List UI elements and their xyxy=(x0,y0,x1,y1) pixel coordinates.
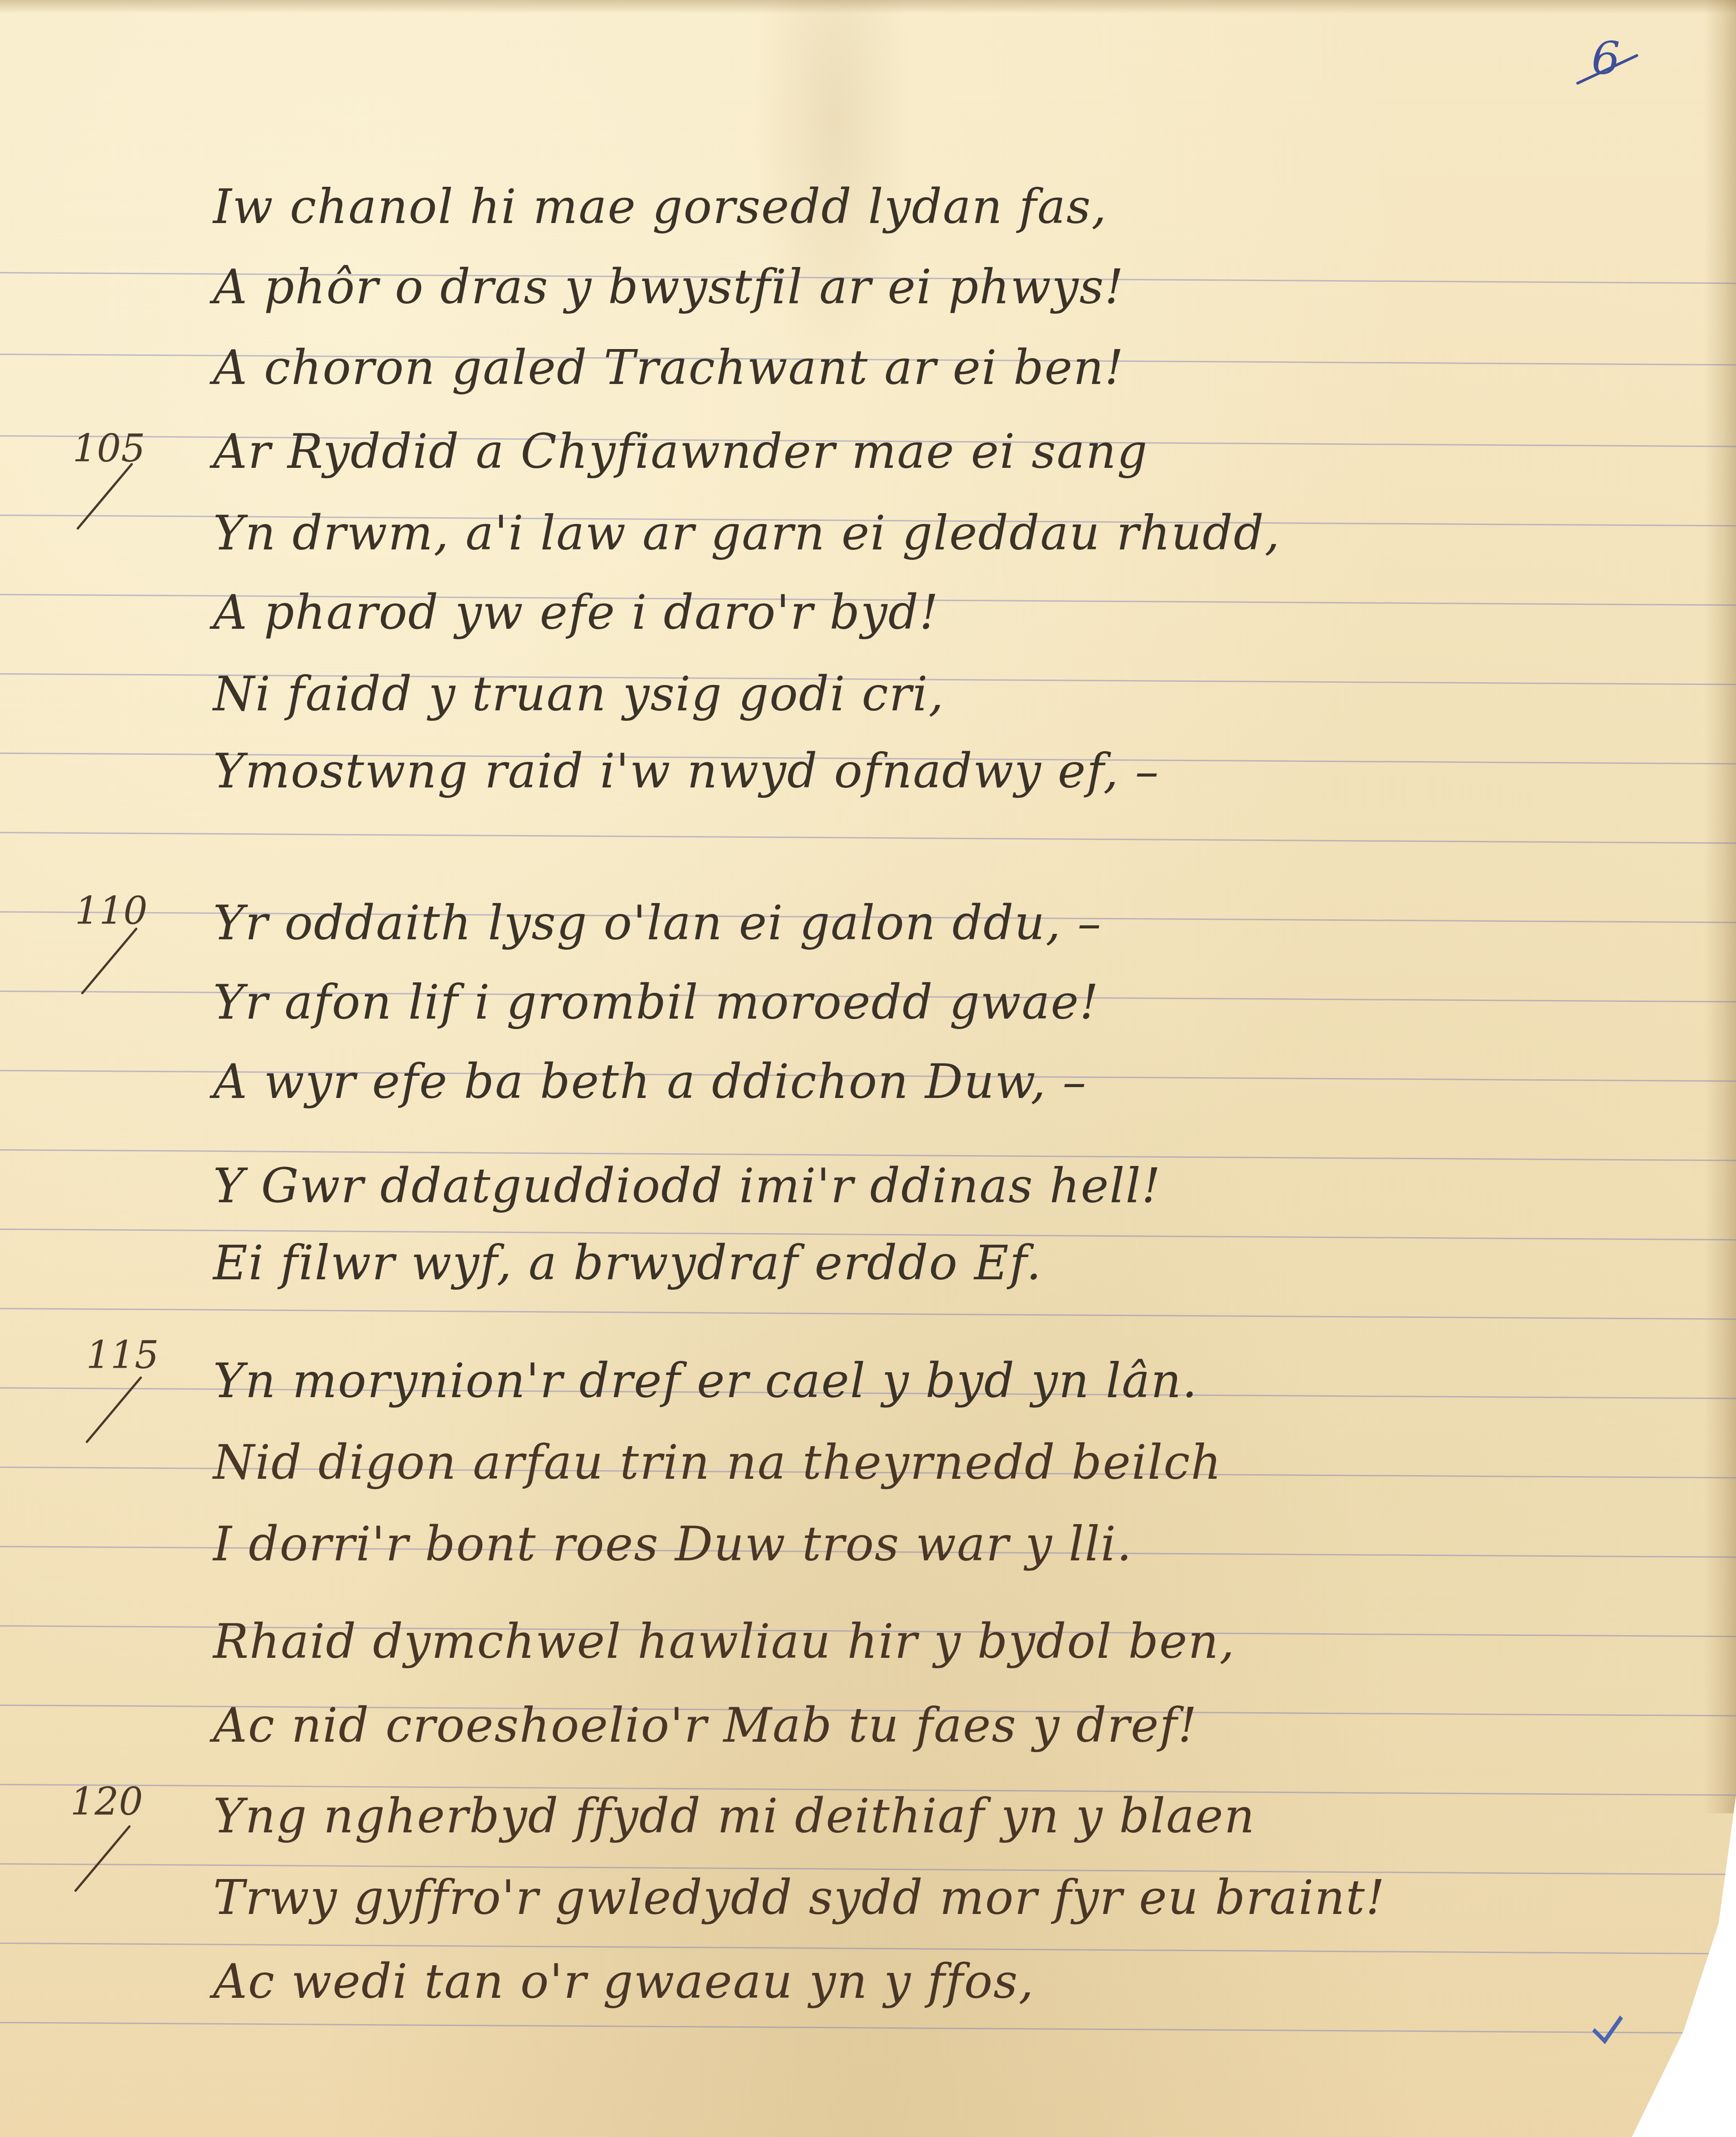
check-mark-icon xyxy=(1592,2006,1623,2044)
poem-line: Ac nid croeshoelio'r Mab tu faes y dref! xyxy=(213,1698,1198,1753)
poem-line: Yn drwm, a'i law ar garn ei gleddau rhud… xyxy=(213,505,1280,561)
poem-line: Ymostwng raid i'w nwyd ofnadwy ef, – xyxy=(213,743,1160,799)
poem-line: Ac wedi tan o'r gwaeau yn y ffos, xyxy=(213,1954,1035,2009)
poem-line: Yn morynion'r dref er cael y byd yn lân. xyxy=(213,1353,1198,1408)
page-number: 6 xyxy=(1591,32,1620,85)
margin-line-number: 105 xyxy=(73,426,145,471)
poem-line: Nid digon arfau trin na theyrnedd beilch xyxy=(213,1435,1222,1490)
manuscript-page: 6 Iw chanol hi mae gorsedd lydan fas, A … xyxy=(0,0,1736,2137)
margin-line-number-slash xyxy=(85,1376,142,1443)
poem-line: Yr afon lif i grombil moroedd gwae! xyxy=(213,975,1099,1030)
poem-line: Rhaid dymchwel hawliau hir y bydol ben, xyxy=(213,1614,1235,1669)
margin-line-number: 115 xyxy=(86,1333,159,1377)
margin-line-number: 120 xyxy=(70,1779,143,1824)
page-right-edge-shadow xyxy=(1704,0,1736,1813)
poem-line: I dorri'r bont roes Duw tros war y lli. xyxy=(213,1516,1133,1572)
poem-line: Yr oddaith lysg o'lan ei galon ddu, – xyxy=(213,895,1102,951)
poem-line: Iw chanol hi mae gorsedd lydan fas, xyxy=(213,179,1107,234)
poem-line: Trwy gyffro'r gwledydd sydd mor fyr eu b… xyxy=(213,1870,1386,1925)
margin-line-number: 110 xyxy=(75,889,147,933)
margin-line-number-slash xyxy=(76,462,133,530)
poem-line: A phôr o dras y bwystfil ar ei phwys! xyxy=(213,259,1124,315)
poem-line: A pharod yw efe i daro'r byd! xyxy=(213,585,939,640)
poem-line: Ni faidd y truan ysig godi cri, xyxy=(213,666,944,722)
ruled-line xyxy=(0,832,1736,844)
ruled-line xyxy=(0,1943,1736,1954)
margin-line-number-slash xyxy=(81,927,138,995)
poem-line: Y Gwr ddatguddiodd imi'r ddinas hell! xyxy=(213,1158,1162,1214)
ruled-line xyxy=(0,2022,1736,2034)
poem-line: A choron galed Trachwant ar ei ben! xyxy=(213,340,1124,395)
poem-line: A wyr efe ba beth a ddichon Duw, – xyxy=(213,1054,1087,1109)
ruled-line xyxy=(0,1308,1736,1320)
poem-line: Ei filwr wyf, a brwydraf erddo Ef. xyxy=(213,1235,1042,1291)
poem-line: Ar Ryddid a Chyfiawnder mae ei sang xyxy=(213,424,1148,479)
poem-line: Yng ngherbyd ffydd mi deithiaf yn y blae… xyxy=(213,1788,1255,1844)
margin-line-number-slash xyxy=(74,1825,131,1892)
